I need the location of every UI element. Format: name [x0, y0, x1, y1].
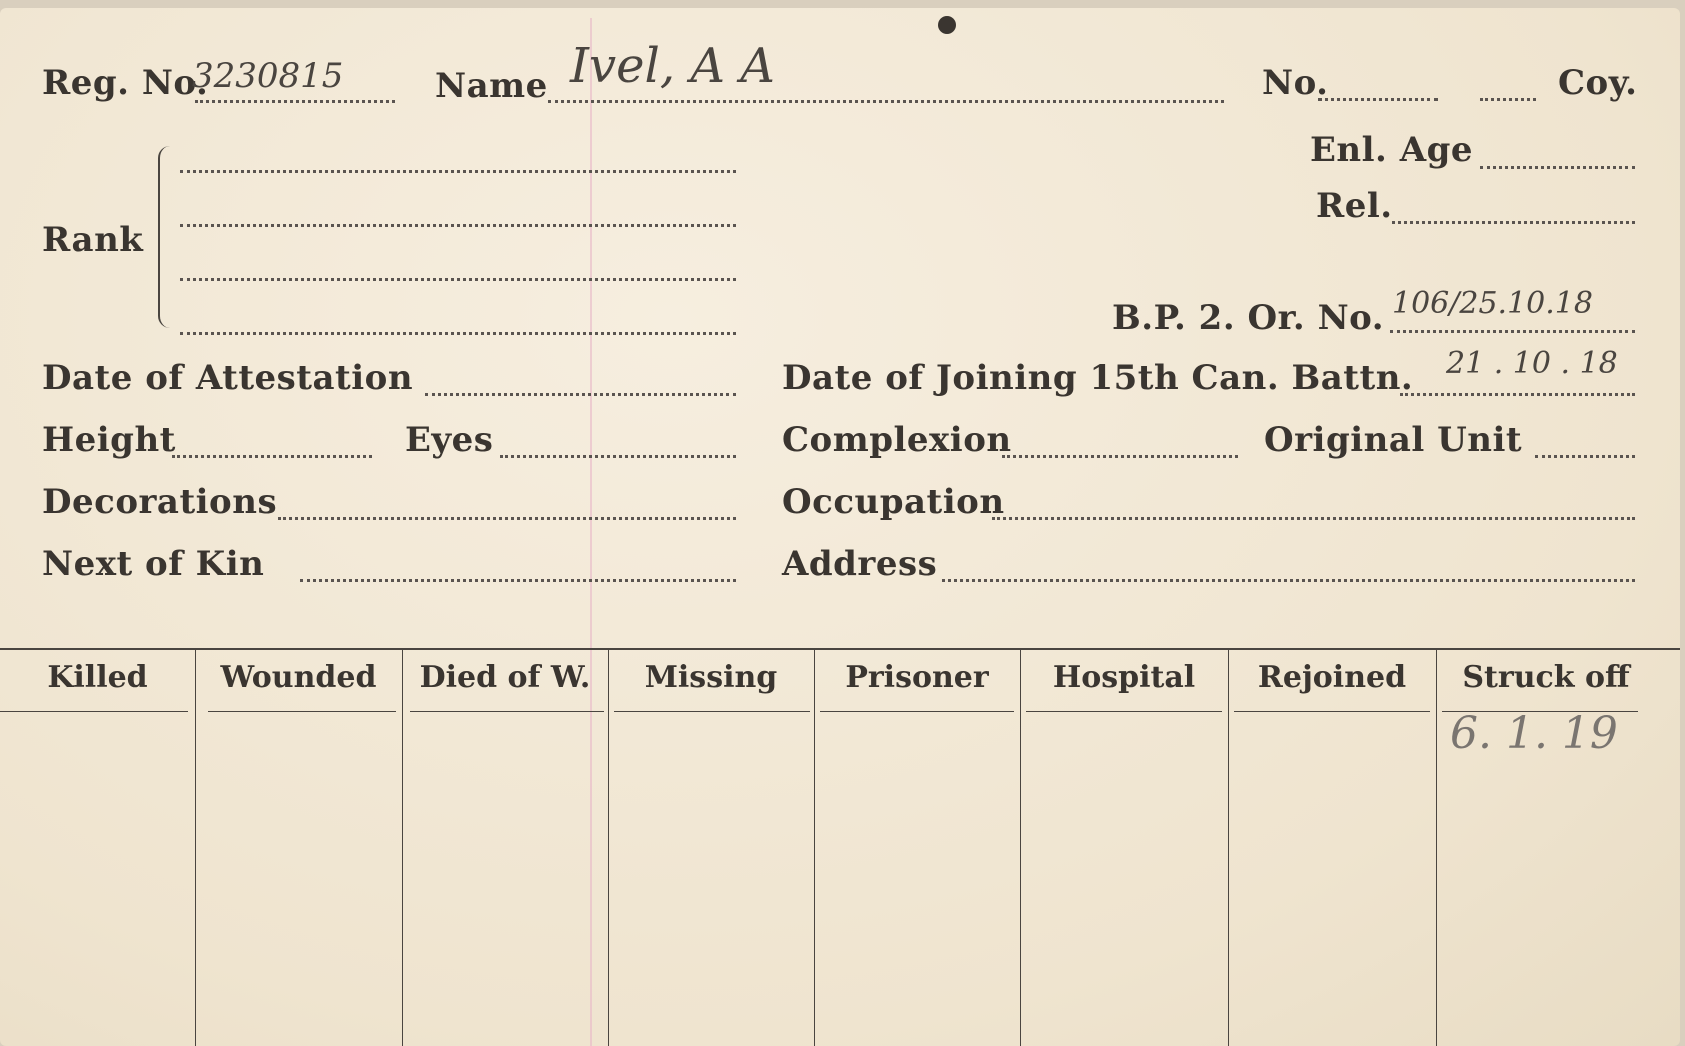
- header-underline: [614, 711, 810, 712]
- reg-no-label: Reg. No.: [42, 63, 208, 103]
- name-dots: [548, 100, 1224, 103]
- height-dots: [172, 455, 372, 458]
- joining-dots: [1400, 393, 1635, 396]
- name-value: Ivel, A A: [570, 38, 775, 94]
- rank-bracket: [158, 146, 174, 328]
- occupation-dots: [992, 517, 1635, 520]
- column-divider: [1436, 650, 1437, 1046]
- column-header-hospital: Hospital: [1020, 660, 1228, 695]
- enl-age-label: Enl. Age: [1310, 130, 1473, 170]
- complexion-label: Complexion: [782, 420, 1012, 460]
- complexion-dots: [1002, 455, 1238, 458]
- no-label: No.: [1262, 63, 1329, 103]
- column-divider: [195, 650, 196, 1046]
- column-divider: [402, 650, 403, 1046]
- decorations-dots: [278, 517, 736, 520]
- casualty-table: Killed Wounded Died of W. Missing Prison…: [0, 648, 1680, 650]
- eyes-dots: [500, 455, 736, 458]
- occupation-label: Occupation: [782, 482, 1005, 522]
- height-label: Height: [42, 420, 176, 460]
- attestation-label: Date of Attestation: [42, 358, 413, 398]
- original-unit-dots: [1535, 455, 1635, 458]
- enl-age-dots: [1480, 166, 1635, 169]
- column-header-missing: Missing: [608, 660, 814, 695]
- rel-label: Rel.: [1316, 186, 1393, 226]
- rel-dots: [1392, 221, 1635, 224]
- attestation-dots: [425, 393, 736, 396]
- punch-hole: [938, 16, 956, 34]
- next-of-kin-label: Next of Kin: [42, 544, 264, 584]
- header-underline: [410, 711, 604, 712]
- column-divider: [1228, 650, 1229, 1046]
- eyes-label: Eyes: [405, 420, 493, 460]
- decorations-label: Decorations: [42, 482, 277, 522]
- rank-line-1: [180, 170, 736, 173]
- column-header-wounded: Wounded: [195, 660, 402, 695]
- joining-label: Date of Joining 15th Can. Battn.: [782, 358, 1413, 398]
- rank-label: Rank: [42, 220, 143, 260]
- header-underline: [820, 711, 1014, 712]
- rank-line-2: [180, 224, 736, 227]
- column-divider: [1020, 650, 1021, 1046]
- joining-value: 21 . 10 . 18: [1446, 346, 1618, 381]
- coy-dots: [1480, 98, 1536, 101]
- rank-line-3: [180, 278, 736, 281]
- no-dots: [1318, 98, 1438, 101]
- column-header-rejoined: Rejoined: [1228, 660, 1436, 695]
- rank-line-4: [180, 332, 736, 335]
- bp2-dots: [1390, 330, 1635, 333]
- reg-no-value: 3230815: [192, 56, 343, 96]
- address-label: Address: [782, 544, 937, 584]
- struck-off-value: 6. 1. 19: [1450, 708, 1618, 759]
- column-header-prisoner: Prisoner: [814, 660, 1020, 695]
- name-label: Name: [435, 66, 548, 106]
- header-underline: [1234, 711, 1430, 712]
- column-divider: [814, 650, 815, 1046]
- header-underline: [0, 711, 188, 712]
- header-underline: [1026, 711, 1222, 712]
- next-of-kin-dots: [300, 579, 736, 582]
- service-record-card: Reg. No. 3230815 Name Ivel, A A No. Coy.…: [0, 8, 1680, 1046]
- header-underline: [208, 711, 396, 712]
- column-divider: [608, 650, 609, 1046]
- address-dots: [942, 579, 1635, 582]
- column-header-killed: Killed: [0, 660, 195, 695]
- column-header-struck-off: Struck off: [1436, 660, 1656, 695]
- bp2-value: 106/25.10.18: [1392, 286, 1593, 321]
- reg-no-dots: [195, 100, 395, 103]
- coy-label: Coy.: [1558, 63, 1637, 103]
- original-unit-label: Original Unit: [1264, 420, 1522, 460]
- bp2-label: B.P. 2. Or. No.: [1112, 298, 1384, 338]
- column-header-died-of-wounds: Died of W.: [402, 660, 608, 695]
